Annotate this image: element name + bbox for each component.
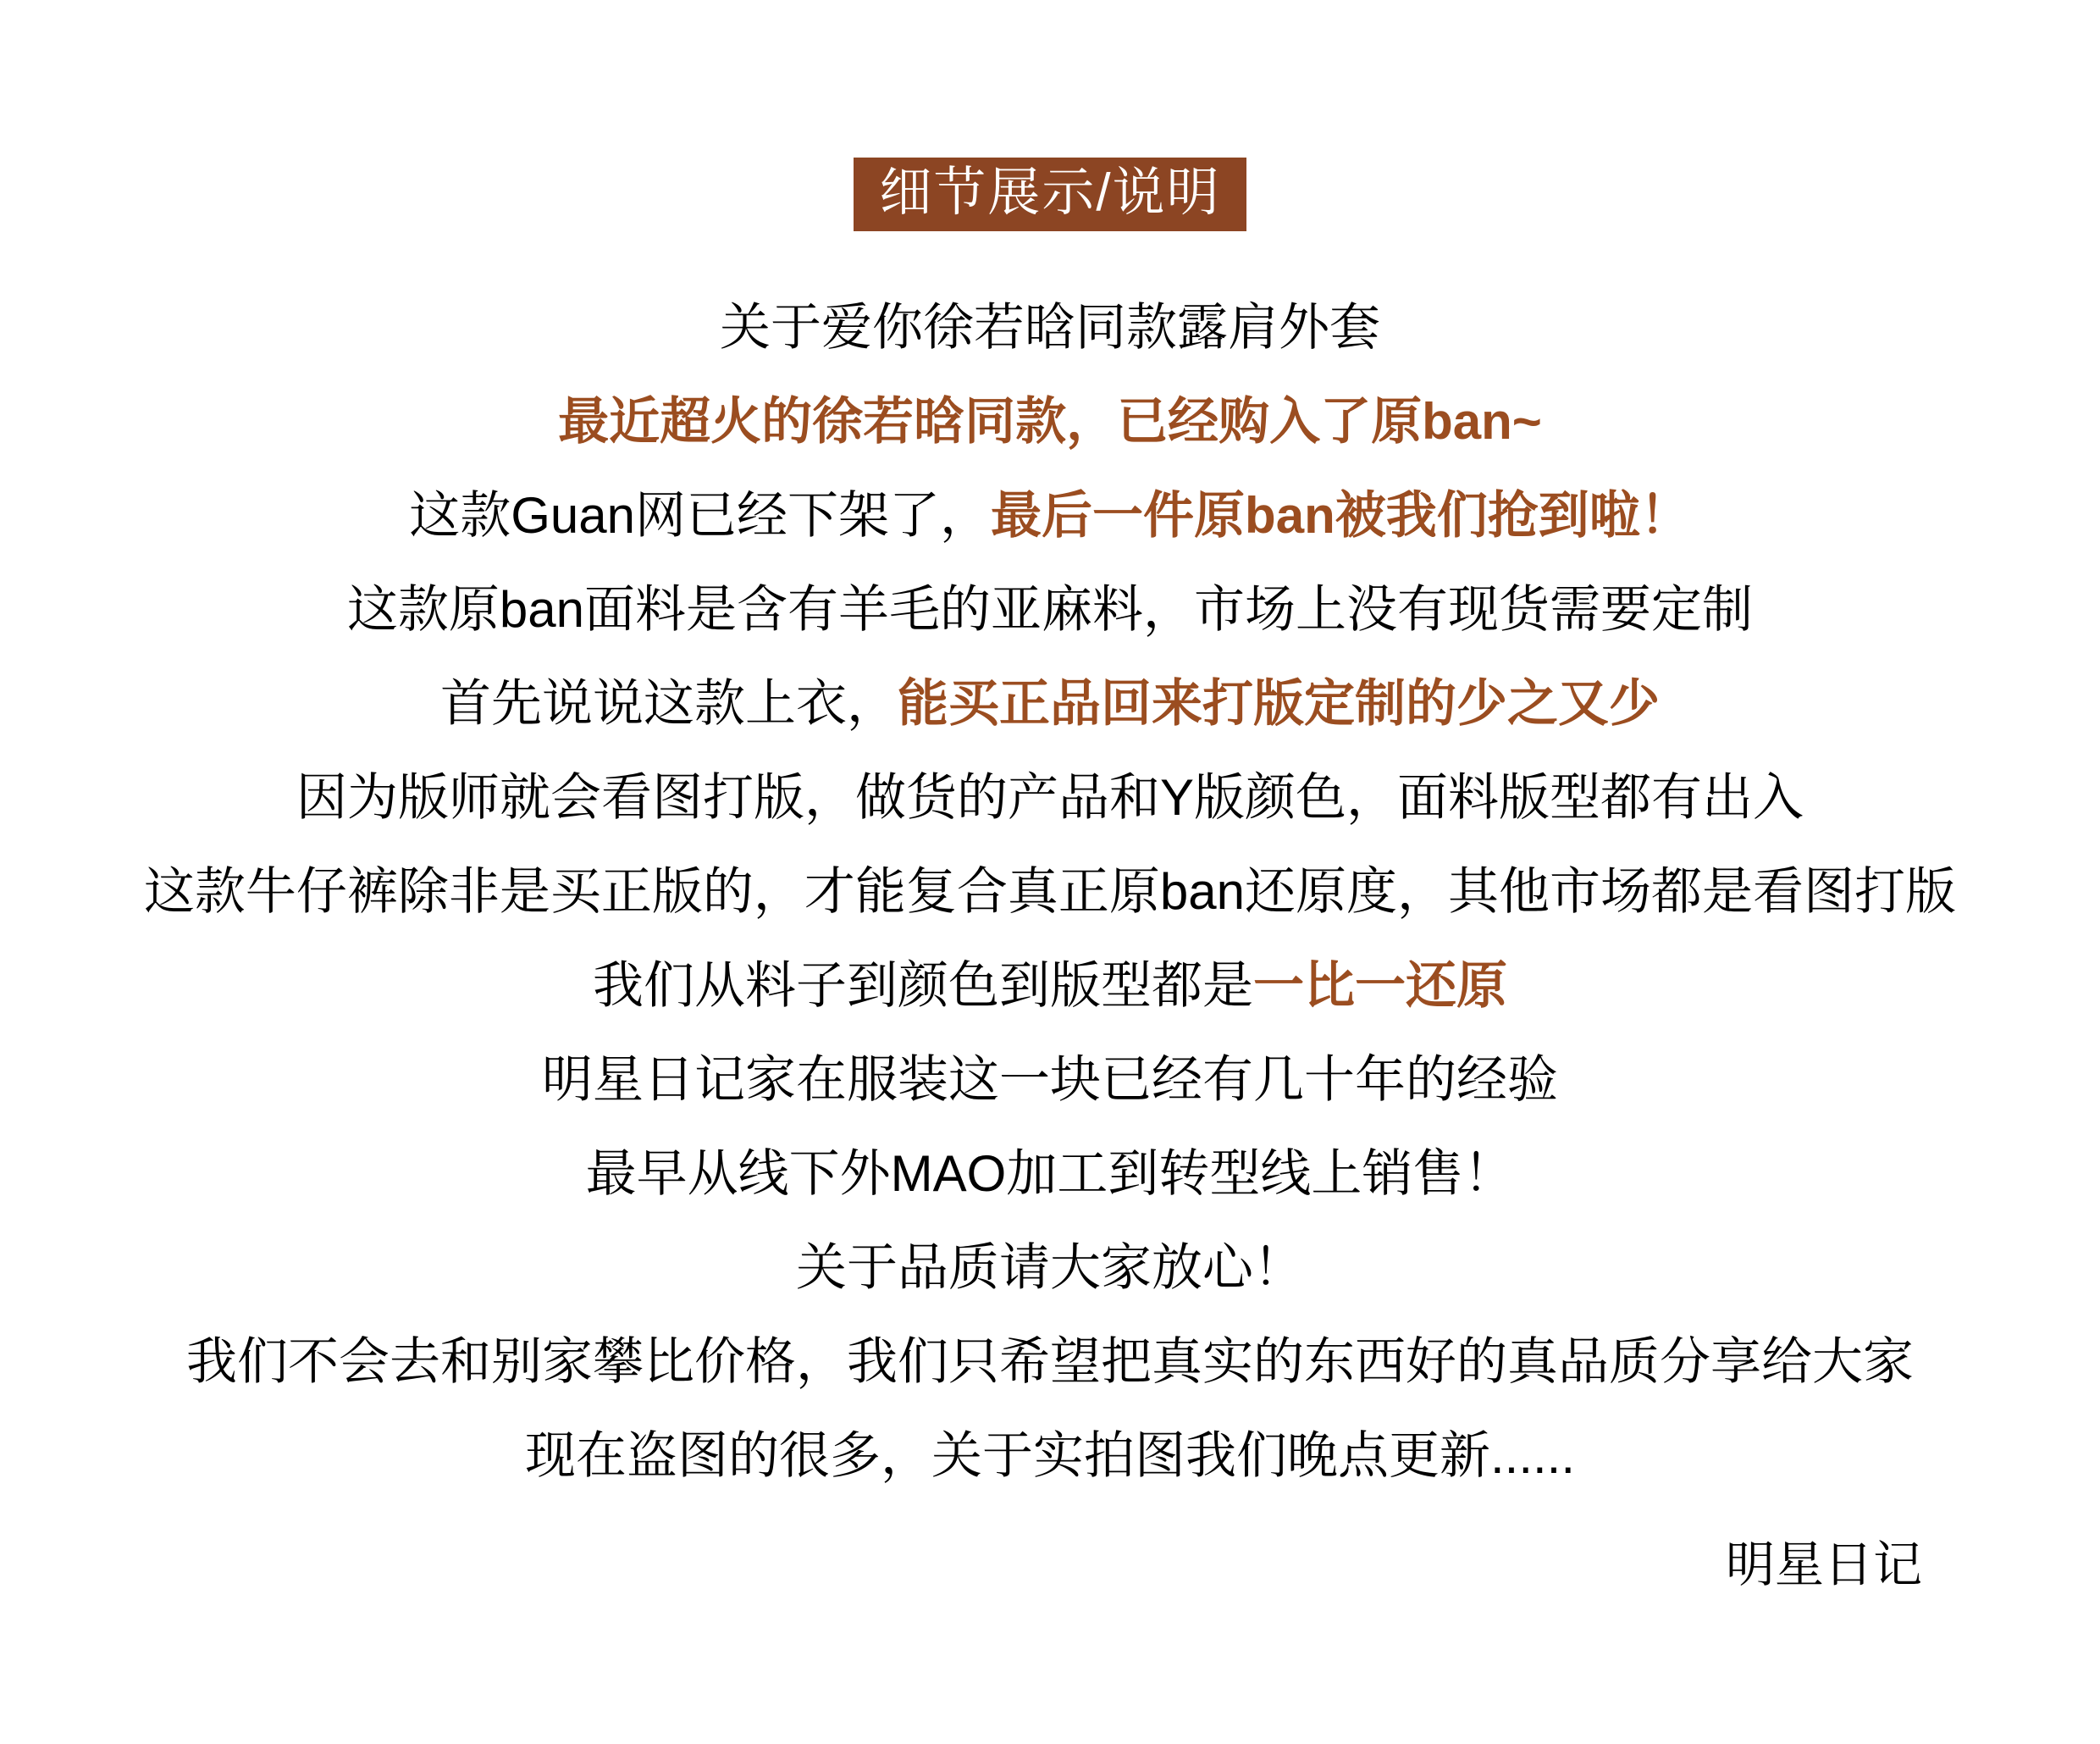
text-line: 我们从料子到颜色到版型都是一比一还原 [0,938,2100,1033]
product-detail-page: 细节展示/说明 关于爱你徐若晗同款露肩外套最近超火的徐若晗同款，已经购入了原ba… [0,0,2100,1744]
plain-text: 现在盗图的很多，关于实拍图我们晚点更新...... [525,1427,1575,1484]
text-line: 这款Guan网已经下架了，最后一件原ban被我们抢到啦！ [0,468,2100,562]
brand-signature: 明星日记 [0,1518,2100,1612]
plain-text: 这款Guan网已经下架了， [409,487,991,544]
highlighted-text: 一比一还原 [1253,957,1507,1014]
plain-text: 最早从线下外MAO加工到转型线上销售！ [586,1145,1515,1202]
plain-text: 这款原ban面料是含有羊毛的亚麻料，市场上没有现货需要定制 [347,581,1753,638]
text-line: 最近超火的徐若晗同款，已经购入了原ban~ [0,374,2100,468]
plain-text: 关于爱你徐若晗同款露肩外套 [720,299,1380,356]
text-line: 明星日记家在服装这一块已经有几十年的经验 [0,1033,2100,1127]
plain-text: 明星日记家在服装这一块已经有几十年的经验 [542,1051,1558,1108]
plain-text: 这款牛仔裤除非是买正版的，才能复合真正原ban还原度，其他市场都是看图打版 [144,863,1956,920]
highlighted-text: 最后一件原ban被我们抢到啦！ [991,487,1691,544]
text-line: 现在盗图的很多，关于实拍图我们晚点更新...... [0,1409,2100,1503]
text-line: 首先说说这款上衣，能买正品回来打版定制的少之又少 [0,656,2100,750]
plain-text: 关于品质请大家放心！ [796,1239,1304,1296]
highlighted-text: 最近超火的徐若晗同款，已经购入了原ban~ [558,393,1542,450]
text-line: 关于爱你徐若晗同款露肩外套 [0,280,2100,374]
plain-text: 我们从料子到颜色到版型都是 [593,957,1253,1014]
section-header: 细节展示/说明 [0,0,2100,231]
text-line: 这款牛仔裤除非是买正版的，才能复合真正原ban还原度，其他市场都是看图打版 [0,844,2100,938]
highlighted-text: 能买正品回来打版定制的少之又少 [898,675,1660,732]
plain-text: 首先说说这款上衣， [440,675,898,732]
section-title-badge: 细节展示/说明 [854,158,1246,231]
text-line: 最早从线下外MAO加工到转型线上销售！ [0,1127,2100,1221]
text-line: 因为版师就会看图打版，做货的产品和Y版颜色，面料版型都有出入 [0,750,2100,844]
plain-text: 我们不会去和别家攀比价格，我们只希望把真实的东西好的真品质分享给大家 [186,1333,1914,1390]
description-text-block: 关于爱你徐若晗同款露肩外套最近超火的徐若晗同款，已经购入了原ban~这款Guan… [0,280,2100,1503]
text-line: 我们不会去和别家攀比价格，我们只希望把真实的东西好的真品质分享给大家 [0,1315,2100,1409]
text-line: 关于品质请大家放心！ [0,1221,2100,1315]
plain-text: 因为版师就会看图打版，做货的产品和Y版颜色，面料版型都有出入 [296,769,1804,826]
text-line: 这款原ban面料是含有羊毛的亚麻料，市场上没有现货需要定制 [0,562,2100,656]
